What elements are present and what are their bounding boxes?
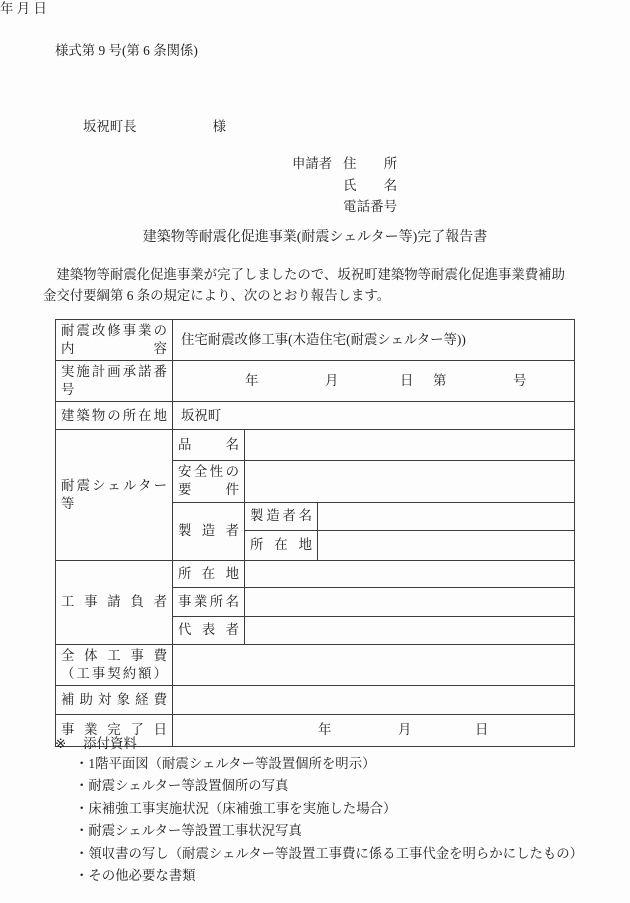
field-plan-approval-number-value: 年 月 日 第 号 (173, 361, 575, 402)
field-building-location-value: 坂祝町 (173, 402, 575, 430)
field-total-cost-value (173, 644, 575, 685)
bullet-icon: ・ (75, 868, 88, 883)
field-contractor-representative-value (245, 616, 575, 644)
field-contractor-office-value (245, 587, 575, 616)
list-item: ・1階平面図（耐震シェルター等設置個所を明示） (55, 753, 583, 775)
label-project-content: 耐震改修事業の 内容 (56, 320, 173, 361)
field-completion-date-value: 年 月 日 (173, 714, 575, 746)
bullet-icon: ・ (75, 778, 88, 793)
applicant-name-label: 氏名 (343, 175, 397, 197)
body-paragraph: 建築物等耐震化促進事業が完了しましたので、坂祝町建築物等耐震化促進事業費補助 金… (43, 264, 583, 307)
label-total-cost: 全体工事費 （工事契約額） (56, 644, 173, 685)
addressee-honorific: 様 (213, 119, 226, 134)
date-line: 年 月 日 (0, 0, 630, 18)
form-number: 様式第 9 号(第 6 条関係) (55, 42, 198, 60)
field-manufacturer-name-value (318, 502, 575, 530)
label-product-name: 品名 (173, 430, 245, 461)
label-subsidy-expense: 補助対象経費 (56, 685, 173, 714)
completion-month-label: 月 (398, 721, 411, 739)
applicant-address-label: 住所 (343, 153, 397, 175)
bullet-icon: ・ (75, 846, 88, 861)
list-item: ・耐震シェルター等設置個所の写真 (55, 775, 583, 797)
completion-day-label: 日 (475, 721, 488, 739)
addressee-line: 坂祝町長様 (83, 118, 226, 136)
date-month-label: 月 (17, 1, 30, 16)
approval-month-label: 月 (325, 372, 338, 390)
approval-no-prefix-label: 第 (433, 372, 446, 390)
label-manufacturer-address: 所在地 (245, 530, 318, 560)
report-table: 耐震改修事業の 内容 住宅耐震改修工事(木造住宅(耐震シェルター等)) 実施計画… (55, 319, 575, 747)
attachments-marker: ※ (55, 736, 66, 751)
applicant-block: 申請者 住所 氏名 電話番号 (292, 153, 397, 218)
field-subsidy-expense-value (173, 685, 575, 714)
label-plan-approval-number: 実施計画承諾番号 (56, 361, 173, 402)
list-item: ・領収書の写し（耐震シェルター等設置工事費に係る工事代金を明らかにしたもの） (55, 843, 583, 865)
approval-no-suffix-label: 号 (513, 372, 526, 390)
completion-year-label: 年 (318, 721, 331, 739)
label-building-location: 建築物の所在地 (56, 402, 173, 430)
bullet-icon: ・ (75, 801, 88, 816)
field-safety-requirements-value (245, 461, 575, 502)
field-manufacturer-address-value (318, 530, 575, 560)
bullet-icon: ・ (75, 756, 88, 771)
body-line-1: 建築物等耐震化促進事業が完了しましたので、坂祝町建築物等耐震化促進事業費補助 (43, 264, 583, 285)
list-item: ・その他必要な書類 (55, 865, 583, 887)
label-manufacturer-name: 製造者名 (245, 502, 318, 530)
field-project-content-value: 住宅耐震改修工事(木造住宅(耐震シェルター等)) (173, 320, 575, 361)
label-shelter-section: 耐震シェルター等 (56, 430, 173, 560)
applicant-label: 申請者 (292, 153, 332, 218)
attachments-title: 添付資料 (83, 736, 137, 751)
label-contractor-section: 工事請負者 (56, 560, 173, 644)
date-year-label: 年 (0, 1, 13, 16)
document-page: 様式第 9 号(第 6 条関係) 年 月 日 坂祝町長様 申請者 住所 氏名 電… (0, 0, 630, 903)
label-contractor-address: 所在地 (173, 560, 245, 587)
approval-day-label: 日 (400, 372, 413, 390)
body-line-2: 金交付要綱第 6 条の規定により、次のとおり報告します。 (43, 285, 583, 306)
applicant-phone-label: 電話番号 (343, 196, 397, 218)
attachments-list: ・1階平面図（耐震シェルター等設置個所を明示） ・耐震シェルター等設置個所の写真… (55, 753, 583, 887)
list-item: ・床補強工事実施状況（床補強工事を実施した場合） (55, 798, 583, 820)
approval-year-label: 年 (245, 372, 258, 390)
date-day-label: 日 (34, 1, 47, 16)
field-contractor-address-value (245, 560, 575, 587)
field-product-name-value (245, 430, 575, 461)
label-manufacturer: 製造者 (173, 502, 245, 560)
list-item: ・耐震シェルター等設置工事状況写真 (55, 820, 583, 842)
addressee-name: 坂祝町長 (83, 119, 137, 134)
document-title: 建築物等耐震化促進事業(耐震シェルター等)完了報告書 (0, 229, 630, 248)
attachments-heading: ※添付資料 (55, 735, 137, 753)
label-safety-requirements: 安全性の 要件 (173, 461, 245, 502)
bullet-icon: ・ (75, 823, 88, 838)
label-contractor-office: 事業所名 (173, 587, 245, 616)
label-contractor-representative: 代表者 (173, 616, 245, 644)
